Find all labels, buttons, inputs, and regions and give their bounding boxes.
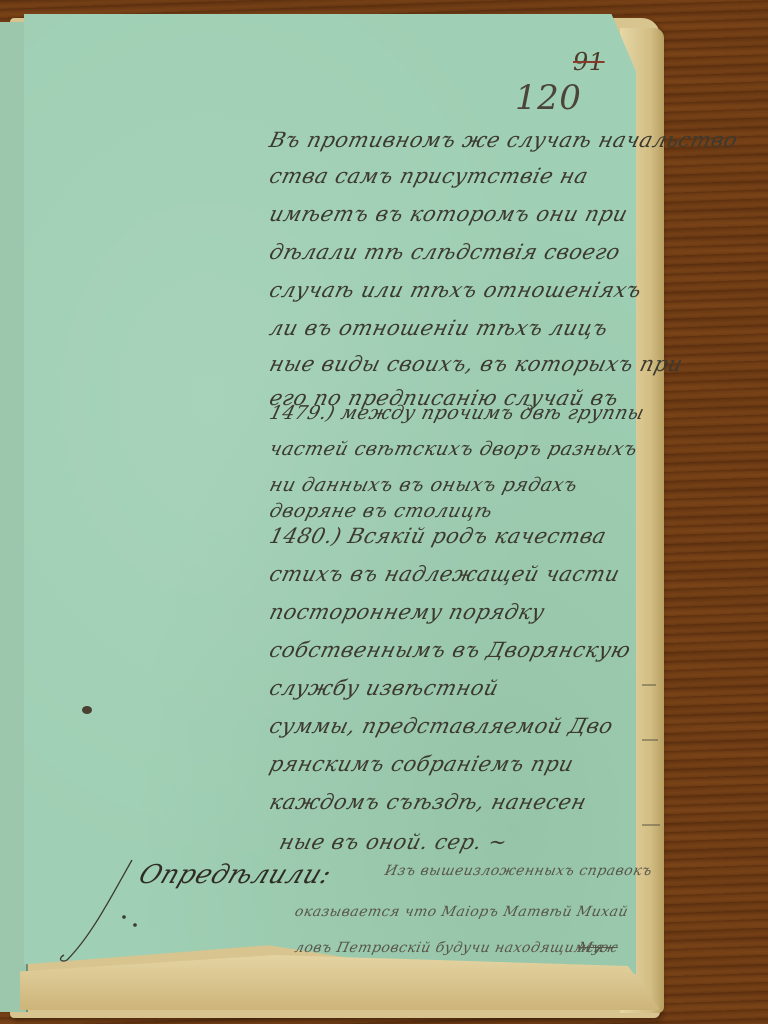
ink-stain [82,706,92,714]
body-line: имѣетъ въ которомъ они при [267,202,630,226]
paragraph-1479-line: дворяне въ столицѣ [267,500,495,522]
resolution-line: ловъ Петровскій будучи находящимся [293,940,606,956]
margin-slash-mark [52,855,142,965]
resolution-line: Изъ вышеизложенныхъ справокъ [383,863,653,879]
paragraph-1480-line: постороннему порядку [267,600,547,624]
folio-number: 120 [515,78,581,118]
paragraph-1480-line: каждомъ съѣздѣ, нанесен [267,790,589,814]
body-line: случаѣ или тѣхъ отношеніяхъ [267,278,644,302]
folio-number-struck: 91 [573,48,605,76]
paragraph-1479-line: частей свѣтскихъ дворъ разныхъ [267,438,640,460]
paragraph-1480-line: 1480.) Всякій родъ качества [267,524,609,548]
body-line: дѣлали тѣ слѣдствія своего [267,240,623,264]
body-line: Въ противномъ же случаѣ начальство [267,128,740,152]
resolution-signature: Опредѣлили: [135,860,336,890]
paragraph-1479-line: 1479.) между прочимъ двѣ группы [267,402,647,424]
paragraph-1480-line: суммы, представляемой Дво [267,714,616,738]
paragraph-1480-line: службу извѣстной [267,676,501,700]
paragraph-1480-line: ные въ оной. сер. ~ [277,830,510,854]
paragraph-1480-line: собственнымъ въ Дворянскую [267,638,633,662]
body-line: ли въ отношеніи тѣхъ лицъ [267,316,611,340]
body-line: ства самъ присутствіе на [267,164,591,188]
resolution-line: оказывается что Маіоръ Матвѣй Михай [293,904,629,920]
paragraph-1480-line: рянскимъ собраніемъ при [267,752,576,776]
margin-ink-marks [640,600,666,860]
left-facing-page-edge [0,22,28,1012]
body-line: ные виды своихъ, въ которыхъ при [267,352,685,376]
struck-word: Муж [576,940,619,956]
paragraph-1479-line: ни данныхъ въ оныхъ рядахъ [267,474,580,496]
paragraph-1480-line: стихъ въ надлежащей части [267,562,622,586]
